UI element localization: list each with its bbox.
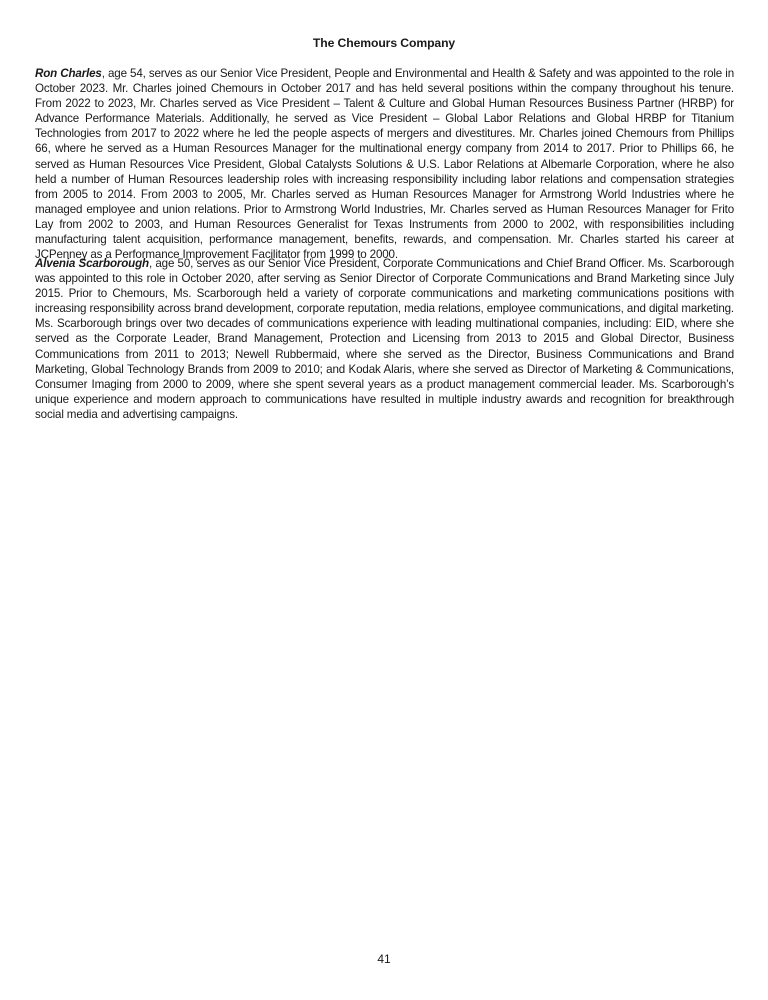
bio-name: Alvenia Scarborough <box>35 257 149 270</box>
bio-paragraph-ron-charles: Ron Charles, age 54, serves as our Senio… <box>35 66 734 262</box>
page-title: The Chemours Company <box>0 36 768 50</box>
bio-name: Ron Charles <box>35 67 102 80</box>
bio-paragraph-alvenia-scarborough: Alvenia Scarborough, age 50, serves as o… <box>35 256 734 422</box>
bio-text: , age 50, serves as our Senior Vice Pres… <box>35 257 734 421</box>
page-number: 41 <box>0 952 768 966</box>
bio-text: , age 54, serves as our Senior Vice Pres… <box>35 67 734 261</box>
